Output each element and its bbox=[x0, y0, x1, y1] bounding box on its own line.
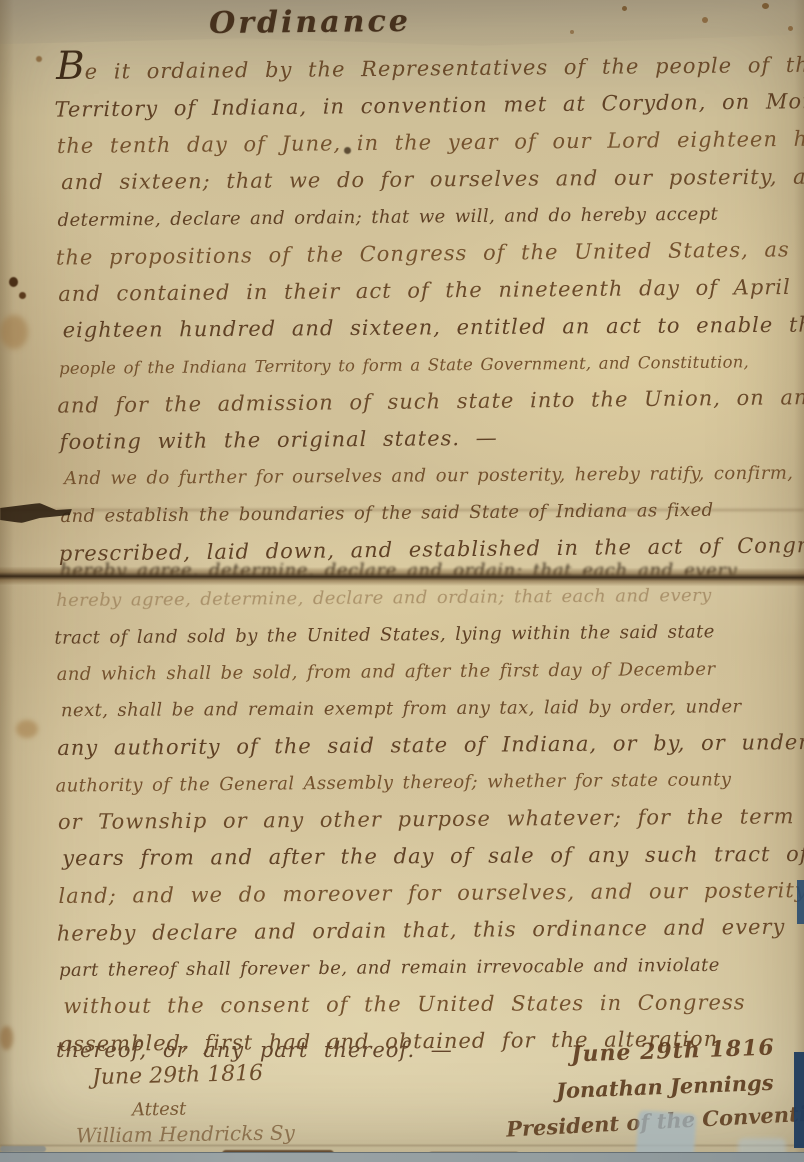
manuscript-line: and which shall be sold, from and after … bbox=[57, 650, 797, 693]
closing-text: thereof, or any part thereof. — bbox=[56, 1038, 453, 1062]
blue-edge-mark bbox=[797, 880, 804, 924]
ink-stain bbox=[36, 56, 42, 62]
water-stain bbox=[0, 315, 28, 349]
manuscript-line: part thereof shall forever be, and remai… bbox=[59, 946, 799, 989]
manuscript-line: without the consent of the United States… bbox=[63, 984, 803, 1025]
manuscript-line: and sixteen; that we do for ourselves an… bbox=[61, 159, 801, 202]
manuscript-line: hereby agree, determine, declare and ord… bbox=[56, 576, 796, 619]
manuscript-line: eighteen hundred and sixteen, entitled a… bbox=[63, 307, 803, 350]
fold-crease-faint bbox=[0, 508, 804, 512]
background-bottom-strip bbox=[0, 1152, 804, 1162]
manuscript-line: hereby declare and ordain that, this ord… bbox=[57, 909, 797, 953]
manuscript-line: tract of land sold by the United States,… bbox=[54, 613, 794, 657]
ink-fleck bbox=[570, 30, 574, 34]
water-stain bbox=[16, 720, 38, 738]
document-photo: Ordinance Be it ordained by the Represen… bbox=[0, 0, 804, 1162]
manuscript-line: years from and after the day of sale of … bbox=[62, 836, 802, 877]
ink-fleck bbox=[702, 17, 708, 23]
ink-stain bbox=[19, 292, 26, 299]
manuscript-line: and contained in their act of the ninete… bbox=[58, 269, 798, 313]
closing-dateline: thereof, or any part thereof. — June 29t… bbox=[56, 1038, 796, 1064]
ink-fleck bbox=[622, 6, 627, 11]
manuscript-line: And we do further for ourselves and our … bbox=[64, 455, 804, 498]
attest-label: Attest bbox=[132, 1099, 187, 1121]
manuscript-line: the tenth day of June, in the year of ou… bbox=[57, 121, 797, 165]
body-section-2: hereby agree, determine, declare and ord… bbox=[56, 576, 800, 1063]
manuscript-line: next, shall be and remain exempt from an… bbox=[61, 688, 801, 729]
manuscript-line: land; and we do moreover for ourselves, … bbox=[58, 872, 798, 915]
closing-date: June 29th 1816 bbox=[570, 1034, 775, 1067]
document-title: Ordinance bbox=[0, 2, 620, 43]
blue-edge-mark bbox=[794, 1052, 804, 1148]
ink-fleck bbox=[762, 3, 769, 9]
manuscript-line: authority of the General Assembly thereo… bbox=[55, 761, 795, 805]
manuscript-line: any authority of the said state of India… bbox=[57, 724, 797, 767]
ink-fleck bbox=[788, 26, 793, 31]
manuscript-line: or Township or any other purpose whateve… bbox=[58, 798, 798, 841]
ink-stain bbox=[9, 277, 18, 287]
manuscript-line: footing with the original states. — bbox=[60, 417, 800, 461]
signature-left-date: June 29th 1816 bbox=[92, 1061, 264, 1090]
water-stain bbox=[0, 1026, 13, 1050]
ink-fleck bbox=[344, 147, 351, 154]
body-section-1: Be it ordained by the Representatives of… bbox=[56, 47, 801, 572]
